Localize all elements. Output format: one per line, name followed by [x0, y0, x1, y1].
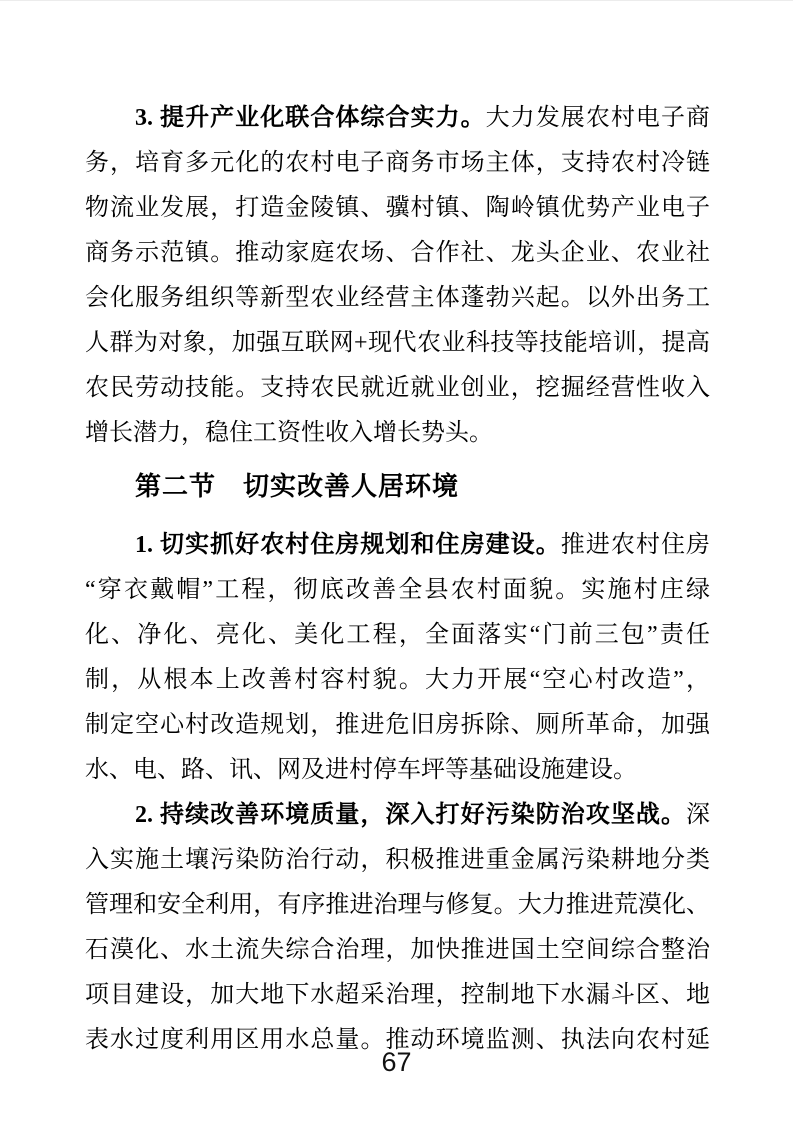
- line-text: 化、净化、亮化、美化工程，全面落实“门前三包”责任: [85, 622, 710, 648]
- text-line: 石漠化、水土流失综合治理，加快推进国土空间综合整治: [85, 928, 710, 973]
- line-text: 物流业发展，打造金陵镇、骥村镇、陶岭镇优势产业电子: [85, 195, 710, 221]
- text-line: 务，培育多元化的农村电子商务市场主体，支持农村冷链: [85, 141, 710, 186]
- para-environment-quality: 2. 持续改善环境质量，深入打好污染防治攻坚战。深入实施土壤污染防治行动，积极推…: [85, 793, 710, 1063]
- text-line: 1. 切实抓好农村住房规划和住房建设。推进农村住房: [85, 523, 710, 568]
- text-line: 入实施土壤污染防治行动，积极推进重金属污染耕地分类: [85, 838, 710, 883]
- line-text: 人群为对象，加强互联网+现代农业科技等技能培训，提高: [85, 330, 710, 356]
- text-line: 化、净化、亮化、美化工程，全面落实“门前三包”责任: [85, 613, 710, 658]
- text-line: 3. 提升产业化联合体综合实力。大力发展农村电子商: [85, 96, 710, 141]
- text-line: 商务示范镇。推动家庭农场、合作社、龙头企业、农业社: [85, 231, 710, 276]
- numbered-lead: 2. 持续改善环境质量，深入打好污染防治攻坚战。: [135, 802, 686, 828]
- line-text: 水、电、路、讯、网及进村停车坪等基础设施建设。: [85, 757, 637, 783]
- para-rural-housing: 1. 切实抓好农村住房规划和住房建设。推进农村住房“穿衣戴帽”工程，彻底改善全县…: [85, 523, 710, 793]
- line-text: 增长潜力，稳住工资性收入增长势头。: [85, 420, 493, 446]
- text-line: “穿衣戴帽”工程，彻底改善全县农村面貌。实施村庄绿: [85, 568, 710, 613]
- numbered-lead: 3. 提升产业化联合体综合实力。: [135, 105, 486, 131]
- line-text: 大力发展农村电子商: [486, 105, 710, 131]
- line-text: 农民劳动技能。支持农民就近就业创业，挖掘经营性收入: [85, 375, 710, 401]
- line-text: 项目建设，加大地下水超采治理，控制地下水漏斗区、地: [85, 982, 710, 1008]
- page-number: 67: [0, 1047, 793, 1078]
- text-line: 会化服务组织等新型农业经营主体蓬勃兴起。以外出务工: [85, 276, 710, 321]
- text-line: 管理和安全利用，有序推进治理与修复。大力推进荒漠化、: [85, 883, 710, 928]
- line-text: 入实施土壤污染防治行动，积极推进重金属污染耕地分类: [85, 847, 710, 873]
- line-text: 务，培育多元化的农村电子商务市场主体，支持农村冷链: [85, 150, 710, 176]
- text-line: 物流业发展，打造金陵镇、骥村镇、陶岭镇优势产业电子: [85, 186, 710, 231]
- text-line: 农民劳动技能。支持农民就近就业创业，挖掘经营性收入: [85, 366, 710, 411]
- line-text: 管理和安全利用，有序推进治理与修复。大力推进荒漠化、: [85, 892, 710, 918]
- text-line: 2. 持续改善环境质量，深入打好污染防治攻坚战。深: [85, 793, 710, 838]
- section-heading: 第二节 切实改善人居环境: [85, 464, 710, 509]
- line-text: 制，从根本上改善村容村貌。大力开展“空心村改造”，: [85, 667, 710, 693]
- text-line: 增长潜力，稳住工资性收入增长势头。: [85, 411, 710, 456]
- document-content: 3. 提升产业化联合体综合实力。大力发展农村电子商务，培育多元化的农村电子商务市…: [85, 96, 710, 1063]
- line-text: 会化服务组织等新型农业经营主体蓬勃兴起。以外出务工: [85, 285, 710, 311]
- line-text: 制定空心村改造规划，推进危旧房拆除、厕所革命，加强: [85, 712, 710, 738]
- text-line: 制，从根本上改善村容村貌。大力开展“空心村改造”，: [85, 658, 710, 703]
- line-text: 推进农村住房: [561, 532, 710, 558]
- text-line: 项目建设，加大地下水超采治理，控制地下水漏斗区、地: [85, 973, 710, 1018]
- text-line: 制定空心村改造规划，推进危旧房拆除、厕所革命，加强: [85, 703, 710, 748]
- text-line: 人群为对象，加强互联网+现代农业科技等技能培训，提高: [85, 321, 710, 366]
- line-text: “穿衣戴帽”工程，彻底改善全县农村面貌。实施村庄绿: [85, 577, 710, 603]
- document-page: 3. 提升产业化联合体综合实力。大力发展农村电子商务，培育多元化的农村电子商务市…: [0, 0, 793, 1122]
- line-text: 商务示范镇。推动家庭农场、合作社、龙头企业、农业社: [85, 240, 710, 266]
- line-text: 石漠化、水土流失综合治理，加快推进国土空间综合整治: [85, 937, 710, 963]
- para-industry-consortium: 3. 提升产业化联合体综合实力。大力发展农村电子商务，培育多元化的农村电子商务市…: [85, 96, 710, 456]
- text-line: 水、电、路、讯、网及进村停车坪等基础设施建设。: [85, 748, 710, 793]
- numbered-lead: 1. 切实抓好农村住房规划和住房建设。: [135, 532, 561, 558]
- line-text: 深: [686, 802, 710, 828]
